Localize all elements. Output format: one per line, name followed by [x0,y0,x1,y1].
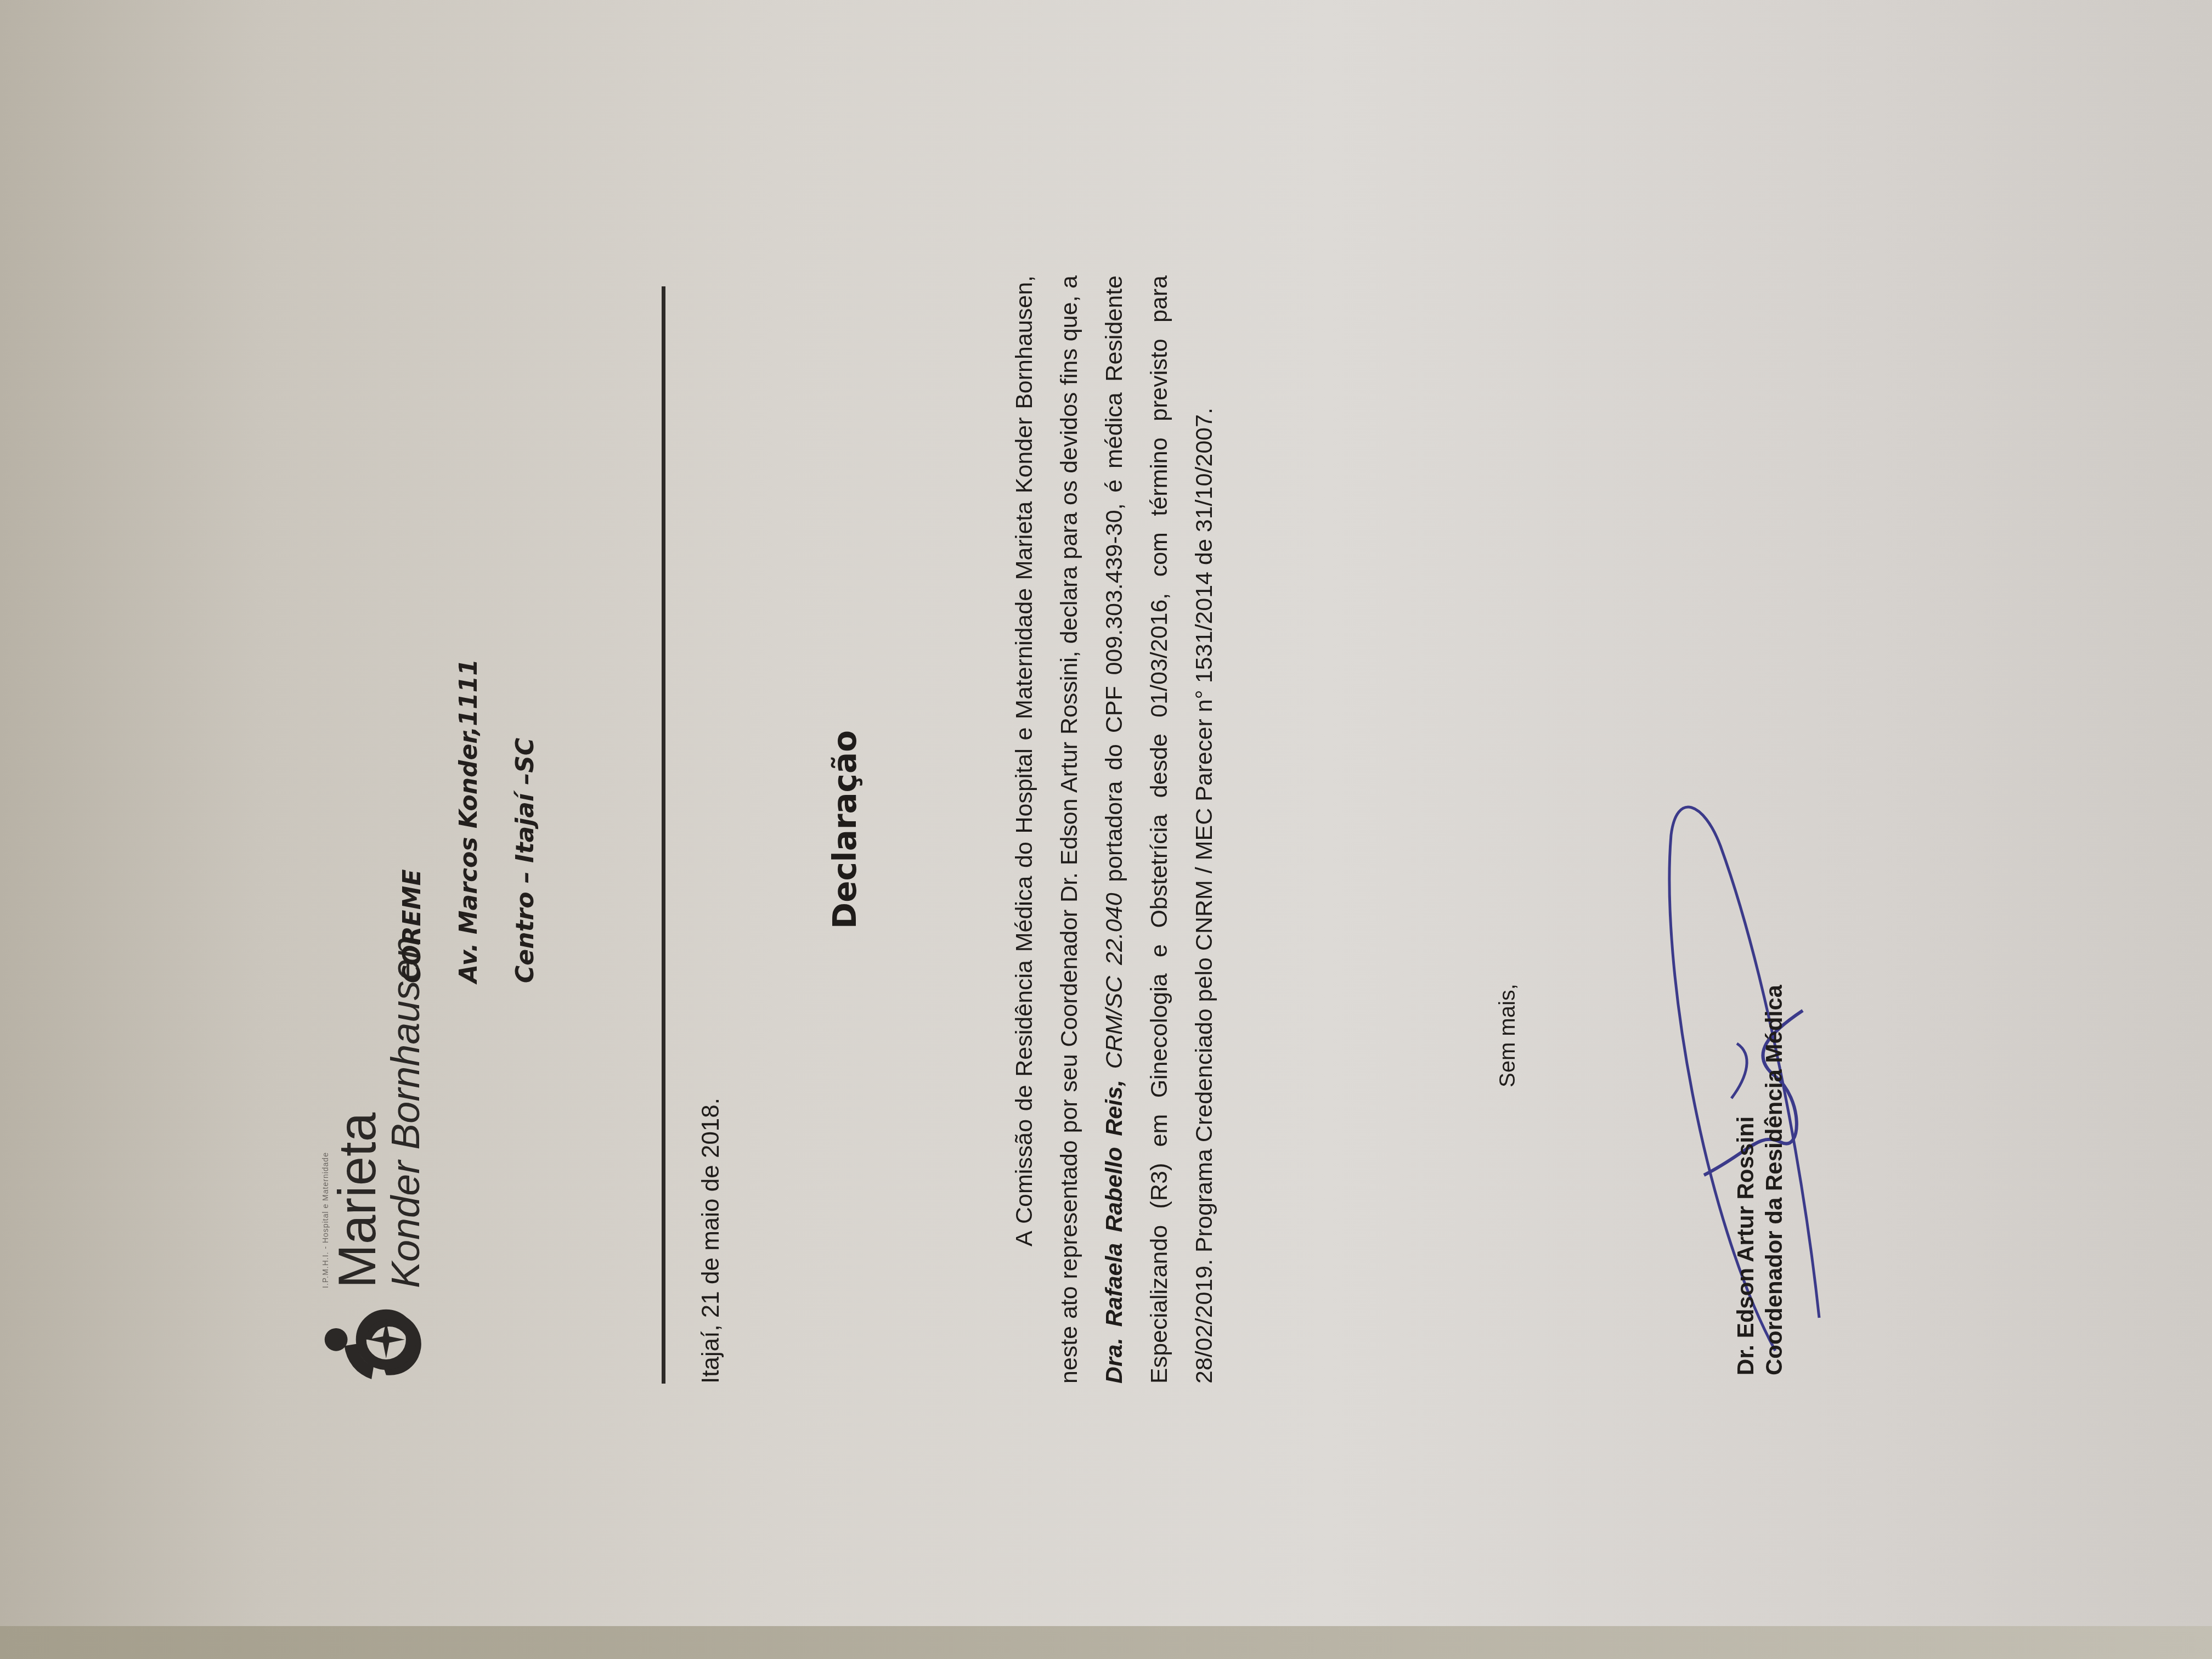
declaration-body: A Comissão de Residência Médica do Hospi… [1002,275,1227,1384]
signatory-role: Coordenador da Residência Médica [1760,985,1788,1375]
signatory-name: Dr. Edson Artur Rossini [1731,985,1760,1375]
address-line-2: Centro – Itajaí –SC [511,659,539,983]
address-line-1: Av. Marcos Konder,1111 [455,659,483,983]
logo-name-line1: Marieta [331,937,384,1288]
body-part-1: A Comissão de Residência Médica do Hospi… [1011,275,1082,1384]
hospital-logo: I.P.M.H.I. - Hospital e Maternidade Mari… [321,937,426,1400]
document-title: Declaração [826,34,864,1625]
document-page: I.P.M.H.I. - Hospital e Maternidade Mari… [36,34,2176,1625]
resident-name: Dra. Rafaela Rabello Reis, [1101,1080,1127,1384]
header-address: COREME Av. Marcos Konder,1111 Centro – I… [398,659,568,983]
resident-crm: CRM/SC 22.040 [1101,893,1127,1080]
date-line: Itajaí, 21 de maio de 2018. [697,1098,725,1384]
signatory-block: Dr. Edson Artur Rossini Coordenador da R… [1731,985,1788,1375]
logo-name-line2: Konder Bornhausen [386,937,426,1288]
header-divider [662,286,665,1384]
handwritten-signature [1638,780,1945,1384]
hospital-emblem-icon [321,1296,426,1400]
table-surface [0,1626,2212,1659]
department-name: COREME [398,659,426,983]
closing-text: Sem mais, [1496,984,1520,1087]
